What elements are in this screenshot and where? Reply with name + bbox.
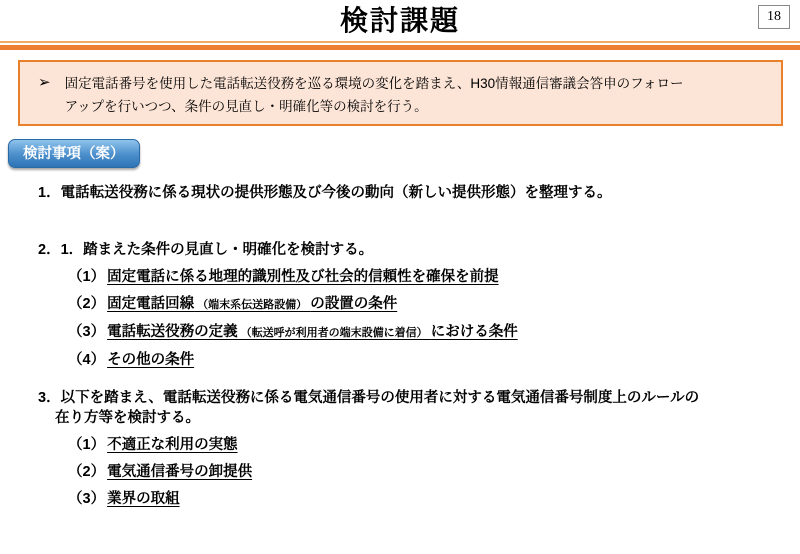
list-item-text-part: 固定電話に係る地理的識別性及び社会的信頼性を確保を前提 [107, 269, 499, 285]
list-item-text: 固定電話回線 （端末系伝送路設備） の設置の条件 [107, 296, 397, 312]
topic-badge: 検討事項（案） [8, 139, 140, 168]
section-items: （1）不適正な利用の実態（2）電気通信番号の卸提供（3）業界の取組 [38, 435, 782, 509]
section-heading-line: 2．1．踏まえた条件の見直し・明確化を検討する。 [38, 240, 782, 260]
list-item-text: その他の条件 [107, 352, 194, 368]
summary-line: アップを行いつつ、条件の見直し・明確化等の検討を行う。 [65, 95, 684, 118]
section-heading-line: 1．電話転送役務に係る現状の提供形態及び今後の動向（新しい提供形態）を整理する。 [38, 183, 782, 203]
summary-text: 固定電話番号を使用した電話転送役務を巡る環境の変化を踏まえ、H30情報通信審議会… [65, 72, 684, 118]
section-3: 3．以下を踏まえ、電話転送役務に係る電気通信番号の使用者に対する電気通信番号制度… [38, 388, 782, 509]
title-divider [0, 41, 800, 50]
list-item-text-small: （端末系伝送路設備） [194, 299, 310, 311]
list-item-number: （2） [68, 464, 105, 480]
list-item-text-part: その他の条件 [107, 352, 194, 368]
list-item: （3）業界の取組 [68, 489, 782, 509]
slide: 検討課題 18 ➢ 固定電話番号を使用した電話転送役務を巡る環境の変化を踏まえ、… [0, 0, 800, 554]
list-item-number: （3） [68, 491, 105, 507]
list-item-text-part: 電話転送役務の定義 [107, 324, 238, 340]
section-heading: 2．1．踏まえた条件の見直し・明確化を検討する。 [38, 240, 782, 260]
list-item: （3）電話転送役務の定義 （転送呼が利用者の端末設備に着信） における条件 [68, 322, 782, 343]
list-item-text-part: 不適正な利用の実態 [107, 437, 238, 453]
list-item-text: 電話転送役務の定義 （転送呼が利用者の端末設備に着信） における条件 [107, 324, 518, 340]
summary-line: 固定電話番号を使用した電話転送役務を巡る環境の変化を踏まえ、H30情報通信審議会… [65, 72, 684, 95]
arrow-bullet-icon: ➢ [38, 72, 51, 94]
list-item-text-part: の設置の条件 [310, 296, 397, 312]
list-item-text-part: 業界の取組 [107, 491, 180, 507]
sections: 1．電話転送役務に係る現状の提供形態及び今後の動向（新しい提供形態）を整理する。… [38, 176, 782, 516]
list-item: （2）固定電話回線 （端末系伝送路設備） の設置の条件 [68, 294, 782, 315]
page-title: 検討課題 [0, 2, 800, 40]
list-item-text-part: 電気通信番号の卸提供 [107, 464, 252, 480]
section-heading-line: 在り方等を検討する。 [38, 408, 782, 428]
section-2: 2．1．踏まえた条件の見直し・明確化を検討する。（1）固定電話に係る地理的識別性… [38, 240, 782, 370]
section-heading-line: 3．以下を踏まえ、電話転送役務に係る電気通信番号の使用者に対する電気通信番号制度… [38, 388, 782, 408]
list-item-text-part: における条件 [431, 324, 518, 340]
list-item-text: 固定電話に係る地理的識別性及び社会的信頼性を確保を前提 [107, 269, 499, 285]
list-item-number: （4） [68, 352, 105, 368]
list-item-number: （3） [68, 324, 105, 340]
list-item-text: 電気通信番号の卸提供 [107, 464, 252, 480]
list-item-text-part: 固定電話回線 [107, 296, 194, 312]
list-item-text-small: （転送呼が利用者の端末設備に着信） [238, 327, 431, 339]
section-heading: 1．電話転送役務に係る現状の提供形態及び今後の動向（新しい提供形態）を整理する。 [38, 183, 782, 203]
list-item-number: （1） [68, 269, 105, 285]
list-item-number: （2） [68, 296, 105, 312]
list-item: （4）その他の条件 [68, 350, 782, 370]
list-item-text: 不適正な利用の実態 [107, 437, 238, 453]
list-item-text: 業界の取組 [107, 491, 180, 507]
list-item-number: （1） [68, 437, 105, 453]
section-items: （1）固定電話に係る地理的識別性及び社会的信頼性を確保を前提（2）固定電話回線 … [38, 267, 782, 370]
section-heading: 3．以下を踏まえ、電話転送役務に係る電気通信番号の使用者に対する電気通信番号制度… [38, 388, 782, 428]
list-item: （1）固定電話に係る地理的識別性及び社会的信頼性を確保を前提 [68, 267, 782, 287]
list-item: （1）不適正な利用の実態 [68, 435, 782, 455]
summary-box: ➢ 固定電話番号を使用した電話転送役務を巡る環境の変化を踏まえ、H30情報通信審… [18, 60, 783, 126]
list-item: （2）電気通信番号の卸提供 [68, 462, 782, 482]
section-1: 1．電話転送役務に係る現状の提供形態及び今後の動向（新しい提供形態）を整理する。 [38, 183, 782, 203]
page-number: 18 [758, 5, 790, 29]
